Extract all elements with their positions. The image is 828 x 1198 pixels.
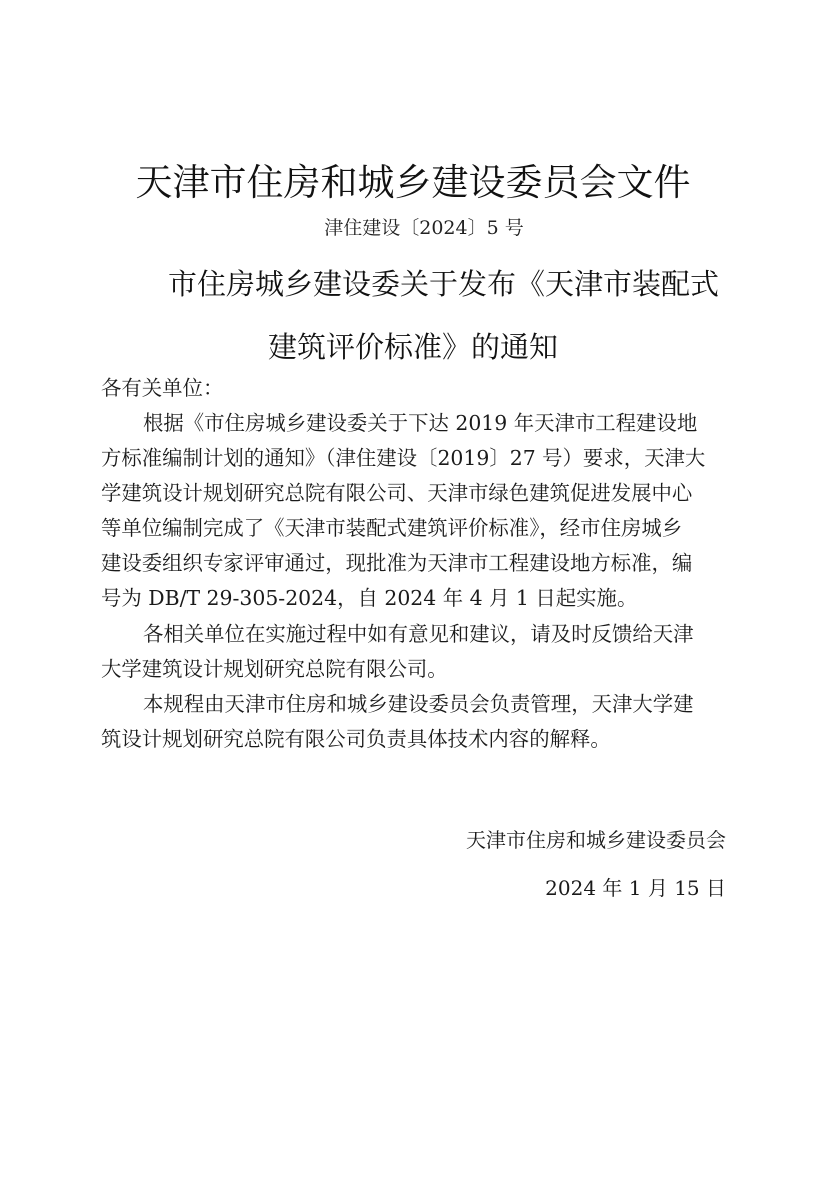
- paragraph-3-line-1: 本规程由天津市住房和城乡建设委员会负责管理，天津大学建: [143, 690, 729, 718]
- notice-title-line-1: 市住房城乡建设委关于发布《天津市装配式: [168, 262, 719, 303]
- paragraph-1-line-4: 等单位编制完成了《天津市装配式建筑评价标准》，经市住房城乡: [101, 514, 729, 542]
- document-number: 津住建设〔2024〕5 号: [0, 213, 828, 240]
- paragraph-1-line-3: 学建筑设计规划研究总院有限公司、天津市绿色建筑促进发展中心: [101, 479, 729, 507]
- salutation: 各有关单位：: [101, 374, 729, 402]
- signature-date: 2024 年 1 月 15 日: [545, 872, 726, 901]
- paragraph-2-line-2: 大学建筑设计规划研究总院有限公司。: [101, 655, 729, 683]
- paragraph-3-line-2: 筑设计规划研究总院有限公司负责具体技术内容的解释。: [101, 725, 729, 753]
- document-header-title: 天津市住房和城乡建设委员会文件: [0, 152, 827, 206]
- paragraph-1-line-2: 方标准编制计划的通知》（津住建设〔2019〕27 号）要求，天津大: [101, 444, 729, 472]
- notice-title-line-2: 建筑评价标准》的通知: [268, 325, 558, 366]
- signature-organization: 天津市住房和城乡建设委员会: [466, 824, 726, 853]
- paragraph-1-line-6: 号为 DB/T 29-305-2024，自 2024 年 4 月 1 日起实施。: [101, 584, 729, 612]
- document-page: 天津市住房和城乡建设委员会文件 津住建设〔2024〕5 号 市住房城乡建设委关于…: [0, 0, 828, 1198]
- paragraph-2-line-1: 各相关单位在实施过程中如有意见和建议，请及时反馈给天津: [143, 620, 729, 648]
- paragraph-1-line-1: 根据《市住房城乡建设委关于下达 2019 年天津市工程建设地: [143, 409, 729, 437]
- paragraph-1-line-5: 建设委组织专家评审通过，现批准为天津市工程建设地方标准，编: [101, 549, 729, 577]
